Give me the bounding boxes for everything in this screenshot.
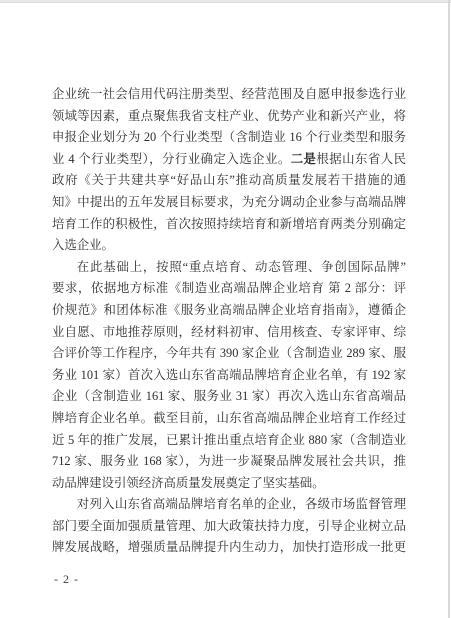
text-segment: 价规范》和团体标准《服务业高端品牌企业培育指南》，遵循企 — [52, 303, 406, 317]
text-line: 牌发展战略，增强质量品牌提升内生动力，加快打造形成一批更 — [52, 537, 406, 559]
text-segment: 务业 101 家）首次入选山东省高端品牌培育企业名单，有 192 家 — [52, 368, 406, 382]
text-line: 在此基础上，按照“重点培育、动态管理、争创国际品牌” — [52, 257, 406, 279]
text-line: 务业 101 家）首次入选山东省高端品牌培育企业名单，有 192 家 — [52, 365, 406, 387]
text-segment: 入选企业。 — [52, 238, 114, 252]
text-segment: 合评价等工作程序，今年共有 390 家企业（含制造业 289 家、服 — [52, 346, 406, 360]
text-segment: 企业统一社会信用代码注册类型、经营范围及自愿申报参选行业 — [52, 87, 406, 101]
scan-edge-top-strip — [0, 0, 451, 3]
text-segment: 业 4 个行业类型），分行业确定入选企业。 — [52, 152, 291, 166]
text-line: 价规范》和团体标准《服务业高端品牌企业培育指南》，遵循企 — [52, 300, 406, 322]
text-segment: 近 5 年的推广发展，已累计推出重点培育企业 880 家（含制造业 — [52, 433, 406, 447]
text-segment: 牌培育企业名单。截至目前，山东省高端品牌企业培育工作经过 — [52, 411, 406, 425]
text-segment: 根据山东省人民 — [316, 152, 406, 166]
text-segment: 部门要全面加强质量管理、加大政策扶持力度，引导企业树立品 — [52, 519, 406, 533]
scanned-document-page: { "document": { "page_number": "- 2 -", … — [0, 0, 451, 618]
text-line: 部门要全面加强质量管理、加大政策扶持力度，引导企业树立品 — [52, 516, 406, 538]
text-segment: 领域等因素，重点聚焦我省支柱产业、优势产业和新兴产业，将 — [52, 109, 406, 123]
text-line: 政府《关于共建共享“好品山东”推动高质量发展若干措施的通 — [52, 170, 406, 192]
scan-edge-right-line — [448, 0, 450, 618]
text-line: 申报企业划分为 20 个行业类型（含制造业 16 个行业类型和服务 — [52, 127, 406, 149]
text-line: 业自愿、市地推荐原则，经材料初审、信用核查、专家评审、综 — [52, 322, 406, 344]
text-line: 牌培育企业名单。截至目前，山东省高端品牌企业培育工作经过 — [52, 408, 406, 430]
page-number: - 2 - — [54, 571, 79, 587]
text-segment: 在此基础上，按照“重点培育、动态管理、争创国际品牌” — [77, 260, 406, 274]
text-line: 企业（含制造业 161 家、服务业 31 家）再次入选山东省高端品 — [52, 386, 406, 408]
text-line: 合评价等工作程序，今年共有 390 家企业（含制造业 289 家、服 — [52, 343, 406, 365]
text-segment: 动品牌建设引领经济高质量发展奠定了坚实基础。 — [52, 476, 325, 490]
text-segment: 对列入山东省高端品牌培育名单的企业，各级市场监督管理 — [77, 497, 406, 511]
text-line: 领域等因素，重点聚焦我省支柱产业、优势产业和新兴产业，将 — [52, 106, 406, 128]
text-line: 要求，依据地方标准《制造业高端品牌企业培育 第 2 部分：评 — [52, 278, 406, 300]
text-line: 知》中提出的五年发展目标要求，为充分调动企业参与高端品牌 — [52, 192, 406, 214]
text-segment: 712 家、服务业 168 家），为进一步凝聚品牌发展社会共识，推 — [52, 454, 406, 468]
text-line: 企业统一社会信用代码注册类型、经营范围及自愿申报参选行业 — [52, 84, 406, 106]
text-segment: 业自愿、市地推荐原则，经材料初审、信用核查、专家评审、综 — [52, 325, 406, 339]
bold-emphasis: 二是 — [291, 152, 317, 166]
text-segment: 培育工作的积极性，首次按照持续培育和新增培育两类分别确定 — [52, 217, 406, 231]
text-line: 712 家、服务业 168 家），为进一步凝聚品牌发展社会共识，推 — [52, 451, 406, 473]
text-line: 近 5 年的推广发展，已累计推出重点培育企业 880 家（含制造业 — [52, 430, 406, 452]
text-line: 培育工作的积极性，首次按照持续培育和新增培育两类分别确定 — [52, 214, 406, 236]
text-segment: 政府《关于共建共享“好品山东”推动高质量发展若干措施的通 — [52, 173, 406, 187]
text-segment: 申报企业划分为 20 个行业类型（含制造业 16 个行业类型和服务 — [52, 130, 406, 144]
text-segment: 牌发展战略，增强质量品牌提升内生动力，加快打造形成一批更 — [52, 540, 406, 554]
text-segment: 知》中提出的五年发展目标要求，为充分调动企业参与高端品牌 — [52, 195, 406, 209]
text-segment: 要求，依据地方标准《制造业高端品牌企业培育 第 2 部分：评 — [52, 281, 406, 295]
text-line: 动品牌建设引领经济高质量发展奠定了坚实基础。 — [52, 473, 406, 495]
text-line: 对列入山东省高端品牌培育名单的企业，各级市场监督管理 — [52, 494, 406, 516]
document-body: 企业统一社会信用代码注册类型、经营范围及自愿申报参选行业领域等因素，重点聚焦我省… — [52, 84, 406, 559]
text-line: 入选企业。 — [52, 235, 406, 257]
text-line: 业 4 个行业类型），分行业确定入选企业。二是根据山东省人民 — [52, 149, 406, 171]
text-segment: 企业（含制造业 161 家、服务业 31 家）再次入选山东省高端品 — [52, 389, 406, 403]
